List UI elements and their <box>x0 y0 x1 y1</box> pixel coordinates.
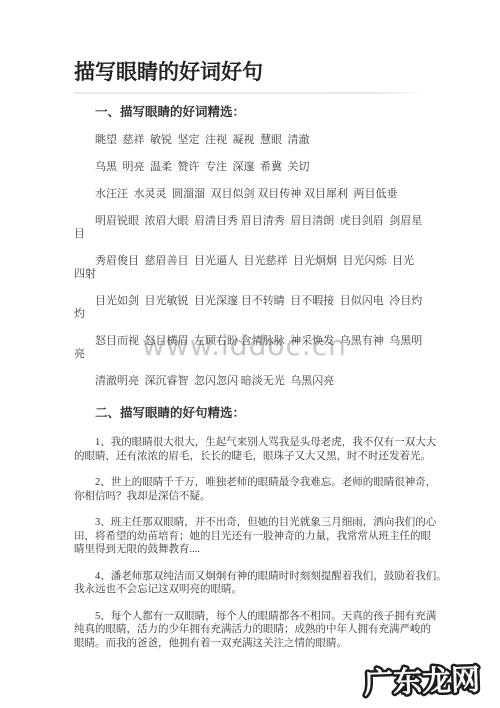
document-body: 描写眼睛的好词好句 一、描写眼睛的好词精选： 眺望 慈祥 敏锐 坚定 注视 凝视… <box>74 0 428 650</box>
site-logo-text: 广东龙网 <box>363 663 480 700</box>
word-row: 目光如剑 目光敏锐 目光深邃 目不转睛 目不暇接 目似闪电 冷目灼 灼 <box>74 295 428 321</box>
title-divider <box>74 92 428 94</box>
sentence-item: 1、我的眼睛很大很大，生起气来别人骂我是头母老虎，我不仅有一双大大 的眼睛，还有… <box>74 436 428 463</box>
page-title: 描写眼睛的好词好句 <box>74 61 428 83</box>
word-row: 清澈明亮 深沉睿智 忽闪忽闪 暗淡无光 乌黑闪亮 <box>74 375 428 388</box>
word-row: 眺望 慈祥 敏锐 坚定 注视 凝视 慧眼 清澈 <box>74 134 428 147</box>
site-logo: 广东龙网 <box>360 660 492 702</box>
section-heading-sentences: 二、描写眼睛的好句精选： <box>74 407 428 420</box>
document-page: { "doc": { "title": "描写眼睛的好词好句", "sectio… <box>0 0 500 708</box>
word-row: 怒目而视 怒目横眉 左顾右盼 含情脉脉 神采焕发 乌黑有神 乌黑明 亮 <box>74 335 428 361</box>
sentence-item: 4、潘老师那双纯洁而又炯炯有神的眼睛时时刻刻提醒着我们，鼓励着我们。 我永远也不… <box>74 570 428 597</box>
word-row: 水汪汪 水灵灵 圆溜溜 双目似剑 双目传神 双目犀利 两目低垂 <box>74 188 428 201</box>
section-heading-words: 一、描写眼睛的好词精选： <box>74 106 428 119</box>
word-row: 明眉锐眼 浓眉大眼 眉清目秀 眉目清秀 眉目清朗 虎目剑眉 剑眉星 目 <box>74 215 428 241</box>
word-row: 秀眉俊目 慈眉善目 目光逼人 目光慈祥 目光炯炯 目光闪烁 目光 四射 <box>74 255 428 281</box>
sentence-item: 2、世上的眼睛千千万，唯独老师的眼睛最令我难忘。老师的眼睛很神奇， 你相信吗？我… <box>74 476 428 503</box>
sentence-item: 3、班主任那双眼睛，并不出奇，但她的目光就象三月细雨，洒向我们的心 田，将希望的… <box>74 516 428 557</box>
word-row: 乌黑 明亮 温柔 赞许 专注 深邃 希冀 关切 <box>74 161 428 174</box>
sentence-item: 5、每个人都有一双眼睛，每个人的眼睛都各不相同。天真的孩子拥有充满 纯真的眼睛，… <box>74 610 428 651</box>
